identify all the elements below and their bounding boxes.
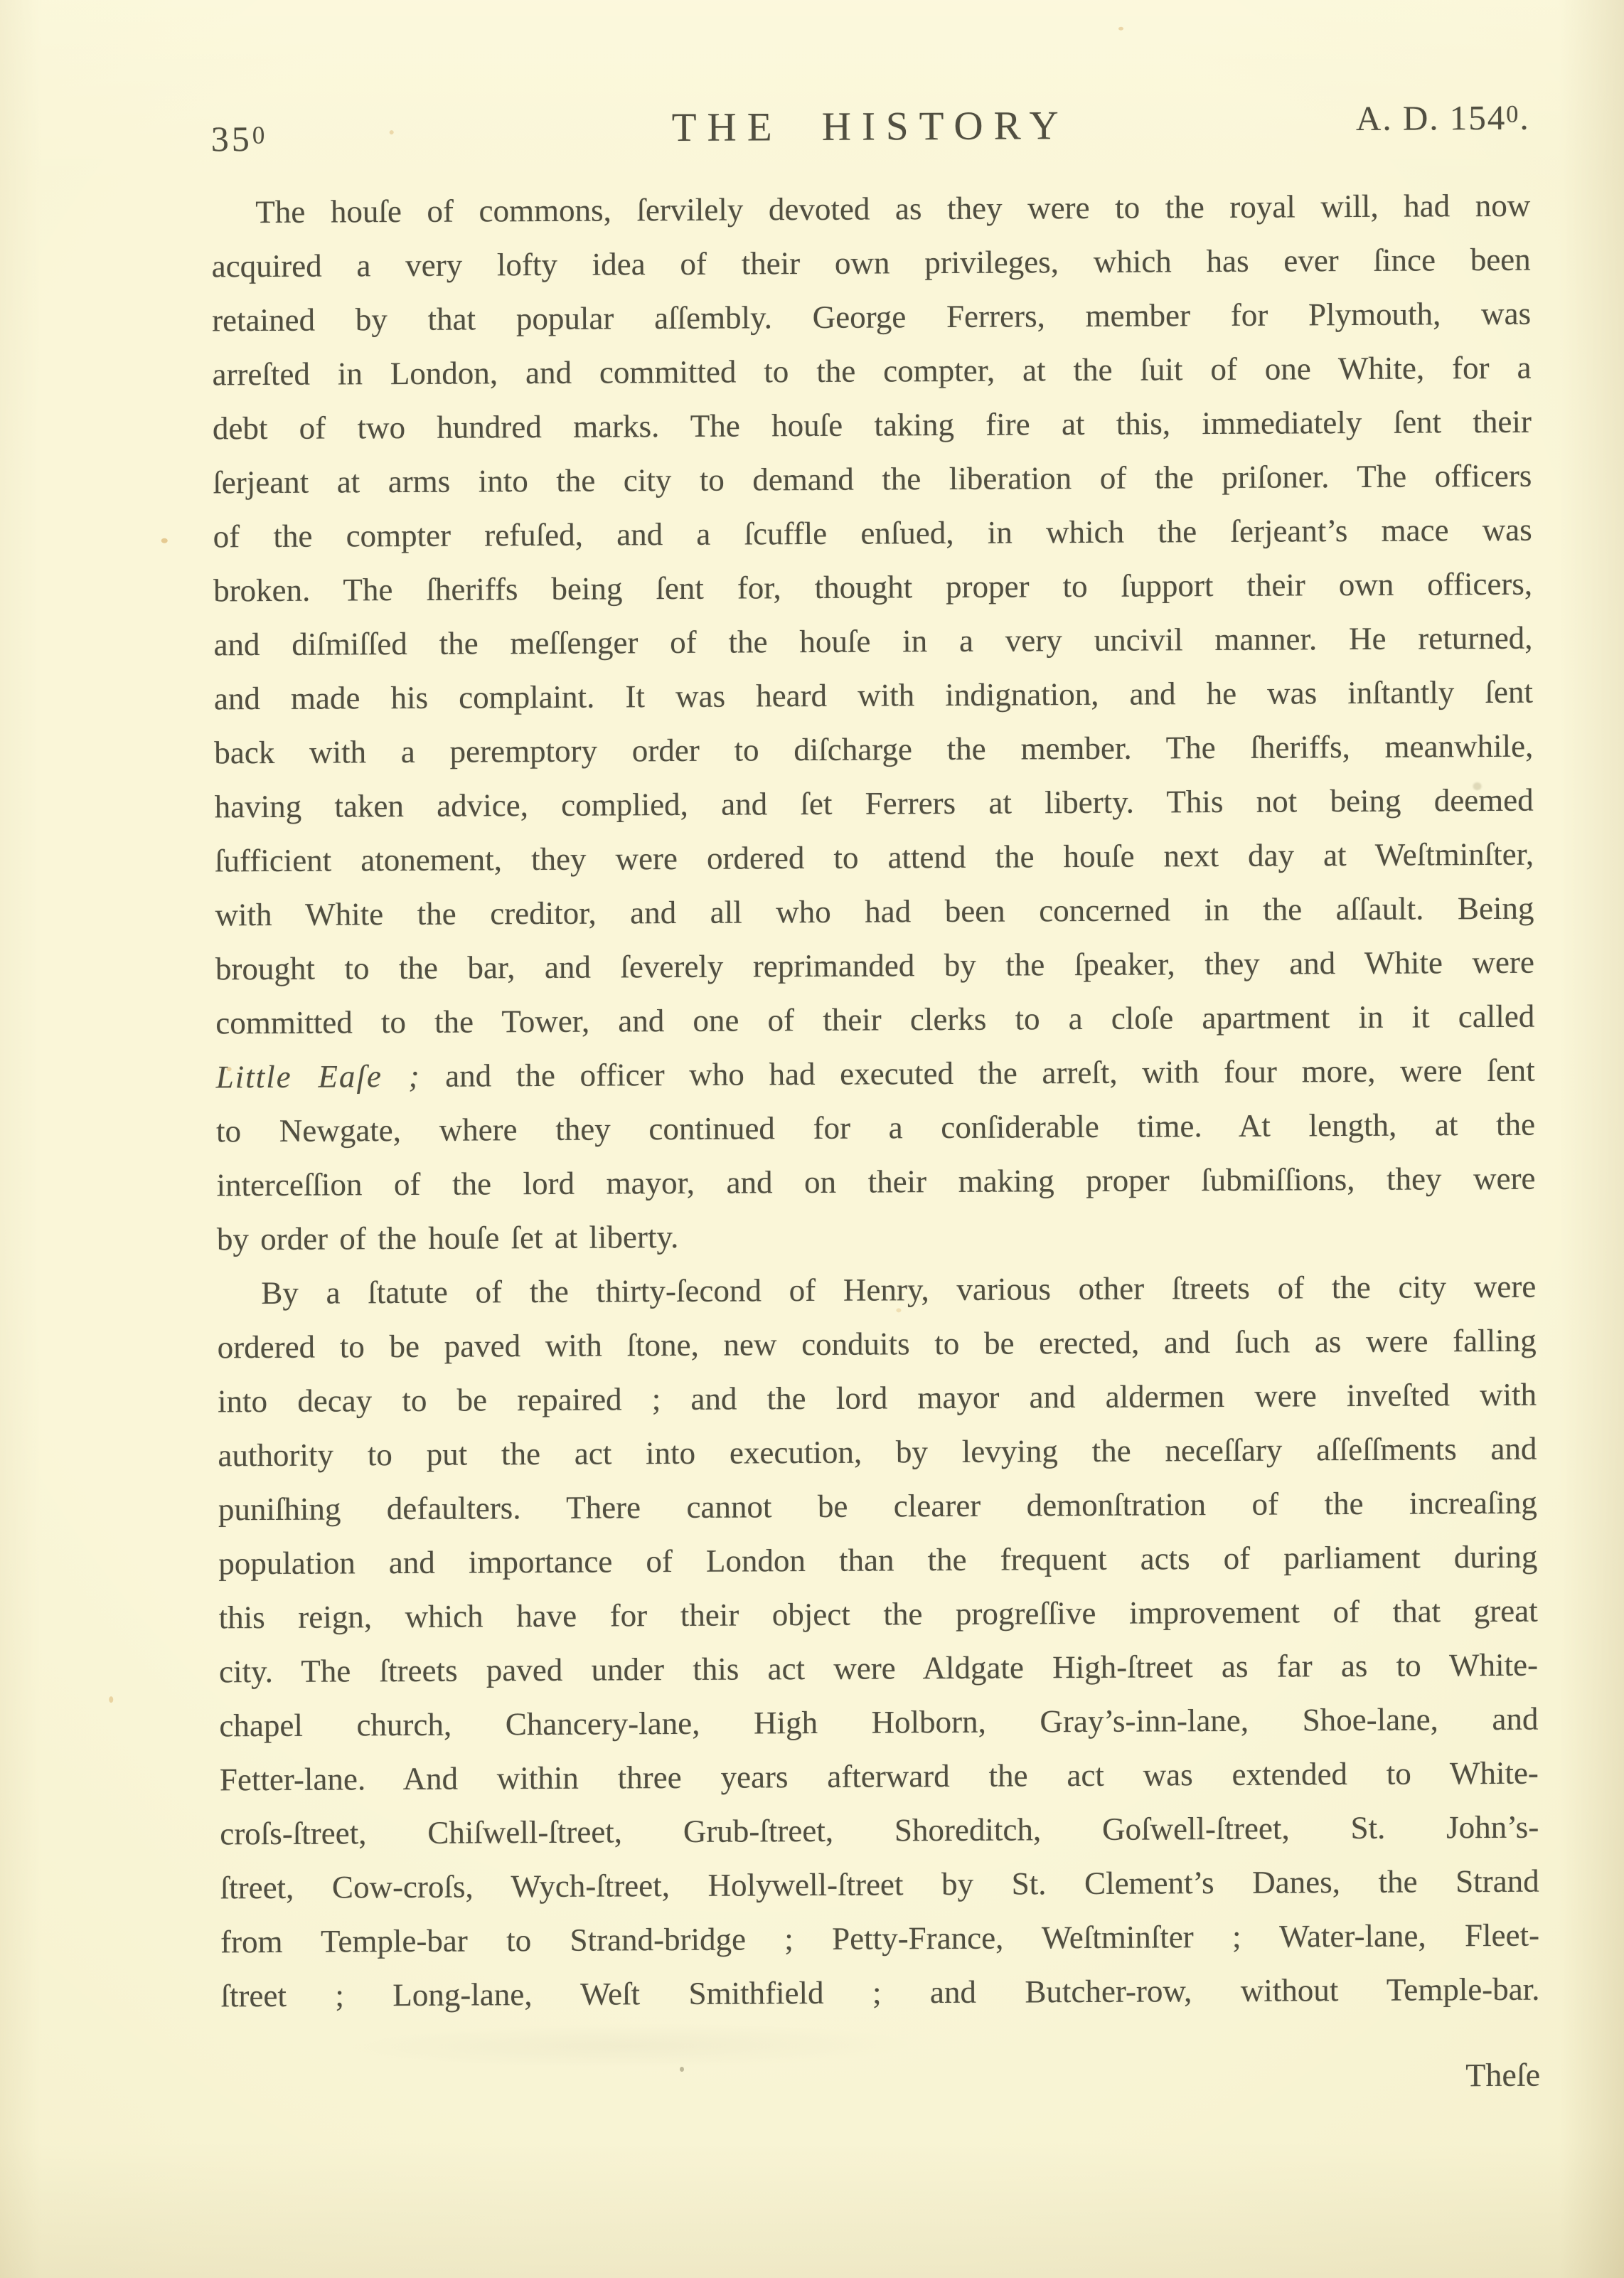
text-line: ſtreet ; Long-lane, Weſt Smithfield ; an… [220,1962,1539,2023]
text-line: with White the creditor, and all who had… [215,881,1534,942]
text-line: and diſmiſſed the meſſenger of the houſe… [213,611,1532,672]
text-line: interceſſion of the lord mayor, and on t… [216,1151,1535,1213]
text-line: broken. The ſheriffs being ſent for, tho… [213,557,1532,618]
text-line: The houſe of commons, ſervilely devoted … [211,179,1530,240]
page-body: The houſe of commons, ſervilely devoted … [211,179,1540,2023]
text-line: acquired a very lofty idea of their own … [212,233,1531,294]
text-line: croſs-ſtreet, Chiſwell-ſtreet, Grub-ſtre… [220,1800,1539,1861]
text-line: brought to the bar, and ſeverely reprima… [215,935,1534,996]
text-line: authority to put the act into execution,… [218,1422,1537,1483]
text-line: into decay to be repaired ; and the lord… [218,1368,1537,1429]
text-line: back with a peremptory order to diſcharg… [214,719,1533,780]
foxing-speck [109,1696,113,1703]
text-line: city. The ſtreets paved under this act w… [219,1638,1538,1699]
foxing-speck [680,2067,684,2072]
text-line: to Newgate, where they continued for a c… [216,1097,1535,1159]
text-line: from Temple-bar to Strand-bridge ; Petty… [220,1908,1539,1969]
text-line: ſufficient atonement, they were ordered … [215,827,1534,888]
header-date: A. D. 1540. [1356,97,1530,139]
book-page-scan: 350 THE HISTORY A. D. 1540. The houſe of… [0,0,1624,2278]
text-line: Little Eaſe ; and the officer who had ex… [215,1043,1534,1105]
text-line: ordered to be paved with ſtone, new cond… [217,1314,1536,1375]
text-line: Fetter-lane. And within three years afte… [220,1746,1539,1807]
text-line: population and importance of London than… [218,1530,1537,1591]
text-line: this reign, which have for their object … [218,1584,1537,1645]
text-line: debt of two hundred marks. The houſe tak… [213,395,1532,456]
header-date-superscript: 0 [1506,100,1519,127]
bleedthrough-smudge [310,2019,950,2072]
catchword: Theſe [1465,2056,1540,2095]
italic-phrase: Little Eaſe ; [216,1058,421,1095]
text-line: chapel church, Chancery-lane, High Holbo… [219,1692,1538,1753]
foxing-speck [1118,27,1123,31]
text-line: puniſhing defaulters. There cannot be cl… [218,1476,1537,1537]
text-line: committed to the Tower, and one of their… [215,989,1534,1050]
foxing-speck [161,538,168,543]
page-content: 350 THE HISTORY A. D. 1540. The houſe of… [0,0,1624,2278]
running-title: THE HISTORY [211,100,1530,154]
text-line: arreſted in London, and committed to the… [212,341,1531,402]
text-line: by order of the houſe ſet at liberty. [217,1205,1536,1267]
text-line: having taken advice, complied, and ſet F… [215,773,1534,834]
text-line: retained by that popular aſſembly. Georg… [212,287,1531,348]
text-line: ſtreet, Cow-croſs, Wych-ſtreet, Holywell… [220,1854,1539,1915]
text-line: ſerjeant at arms into the city to demand… [213,449,1532,510]
text-line: of the compter refuſed, and a ſcuffle en… [213,503,1532,564]
header-date-period: . [1519,98,1530,137]
header-date-main: A. D. 154 [1356,98,1507,138]
text-line: and made his complaint. It was heard wit… [214,665,1533,726]
text-line: By a ſtatute of the thirty-ſecond of Hen… [217,1260,1536,1321]
